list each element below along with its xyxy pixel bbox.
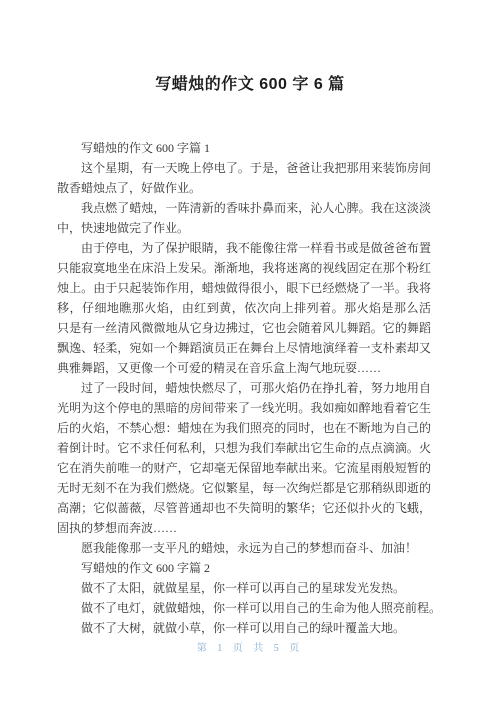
- text-line: 由于停电，为了保护眼睛，我不能像往常一样看书或是做爸爸布置的作业，: [57, 238, 431, 258]
- text-line: 做不了电灯，就做蜡烛，你一样可以用自己的生命为他人照亮前程。: [57, 598, 431, 618]
- text-line: 烛上。由于只起装饰作用，蜡烛做得很小，眼下已经燃烧了一半。我将视线上: [57, 278, 431, 298]
- text-line: 光明为这个停电的黑暗的房间带来了一线光明。我如痴如醉地看着它生命中最: [57, 398, 431, 418]
- text-line: 过了一段时间，蜡烛快燃尽了，可那火焰仍在挣扎着，努力地用自己最后的: [57, 378, 431, 398]
- text-line: 散香蜡烛点了，好做作业。: [57, 178, 431, 198]
- text-line: 飘逸、轻柔，宛如一个舞蹈演员正在舞台上尽情地演绎着一支朴素却又优美、: [57, 338, 431, 358]
- text-line: 无时无刻不在为我们燃烧。它似繁星，每一次绚烂都是它那稍纵即逝的生命的: [57, 478, 431, 498]
- text-line: 做不了大树，就做小草，你一样可以用自己的绿叶覆盖大地。: [57, 618, 431, 638]
- text-line: 它在消失前唯一的财产，它却毫无保留地奉献出来。它流星雨般短暂的生命，: [57, 458, 431, 478]
- text-line: 后的火焰，不禁心想：蜡烛在为我们照亮的同时，也在不断地为自己的生命做: [57, 418, 431, 438]
- text-line: 做不了太阳，就做星星，你一样可以再自己的星球发光发热。: [57, 578, 431, 598]
- text-line: 愿我能像那一支平凡的蜡烛，永远为自己的梦想而奋斗、加油！: [57, 538, 431, 558]
- text-line: 典雅舞蹈，又更像一个可爱的精灵在音乐盒上淘气地玩耍……: [57, 358, 431, 378]
- document-page: 写蜡烛的作文 600 字 6 篇 写蜡烛的作文 600 字篇 1这个星期，有一天…: [0, 0, 500, 707]
- text-line: 高潮；它似蔷薇，尽管普通却也不失简明的繁华；它还似扑火的飞蛾，为自己: [57, 498, 431, 518]
- text-line: 只能寂寞地坐在床沿上发呆。渐渐地，我将迷离的视线固定在那个粉红色的蜡: [57, 258, 431, 278]
- text-line: 移，仔细地瞧那火焰，由红到黄，依次向上排列着。那火焰是那么活跃，哪怕: [57, 298, 431, 318]
- text-line: 我点燃了蜡烛，一阵清新的香味扑鼻而来，沁人心脾。我在这淡淡的花香之: [57, 198, 431, 218]
- footer-page-indicator: 第 1 页 共 5 页: [197, 643, 304, 654]
- text-line: 中，快速地做完了作业。: [57, 218, 431, 238]
- page-footer: 第 1 页 共 5 页: [0, 641, 500, 657]
- text-line: 写蜡烛的作文 600 字篇 1: [57, 138, 431, 158]
- page-title: 写蜡烛的作文 600 字 6 篇: [0, 74, 500, 96]
- text-line: 只是有一丝清风微微地从它身边拂过，它也会随着风儿舞蹈。它的舞蹈是那样: [57, 318, 431, 338]
- text-line: 这个星期，有一天晚上停电了。于是，爸爸让我把那用来装饰房间的蛋糕形: [57, 158, 431, 178]
- text-line: 写蜡烛的作文 600 字篇 2: [57, 558, 431, 578]
- text-line: 固执的梦想而奔波……: [57, 518, 431, 538]
- text-line: 着倒计时。它不求任何私利，只想为我们奉献出它生命的点点滴滴。火焰，是: [57, 438, 431, 458]
- document-body: 写蜡烛的作文 600 字篇 1这个星期，有一天晚上停电了。于是，爸爸让我把那用来…: [57, 138, 431, 638]
